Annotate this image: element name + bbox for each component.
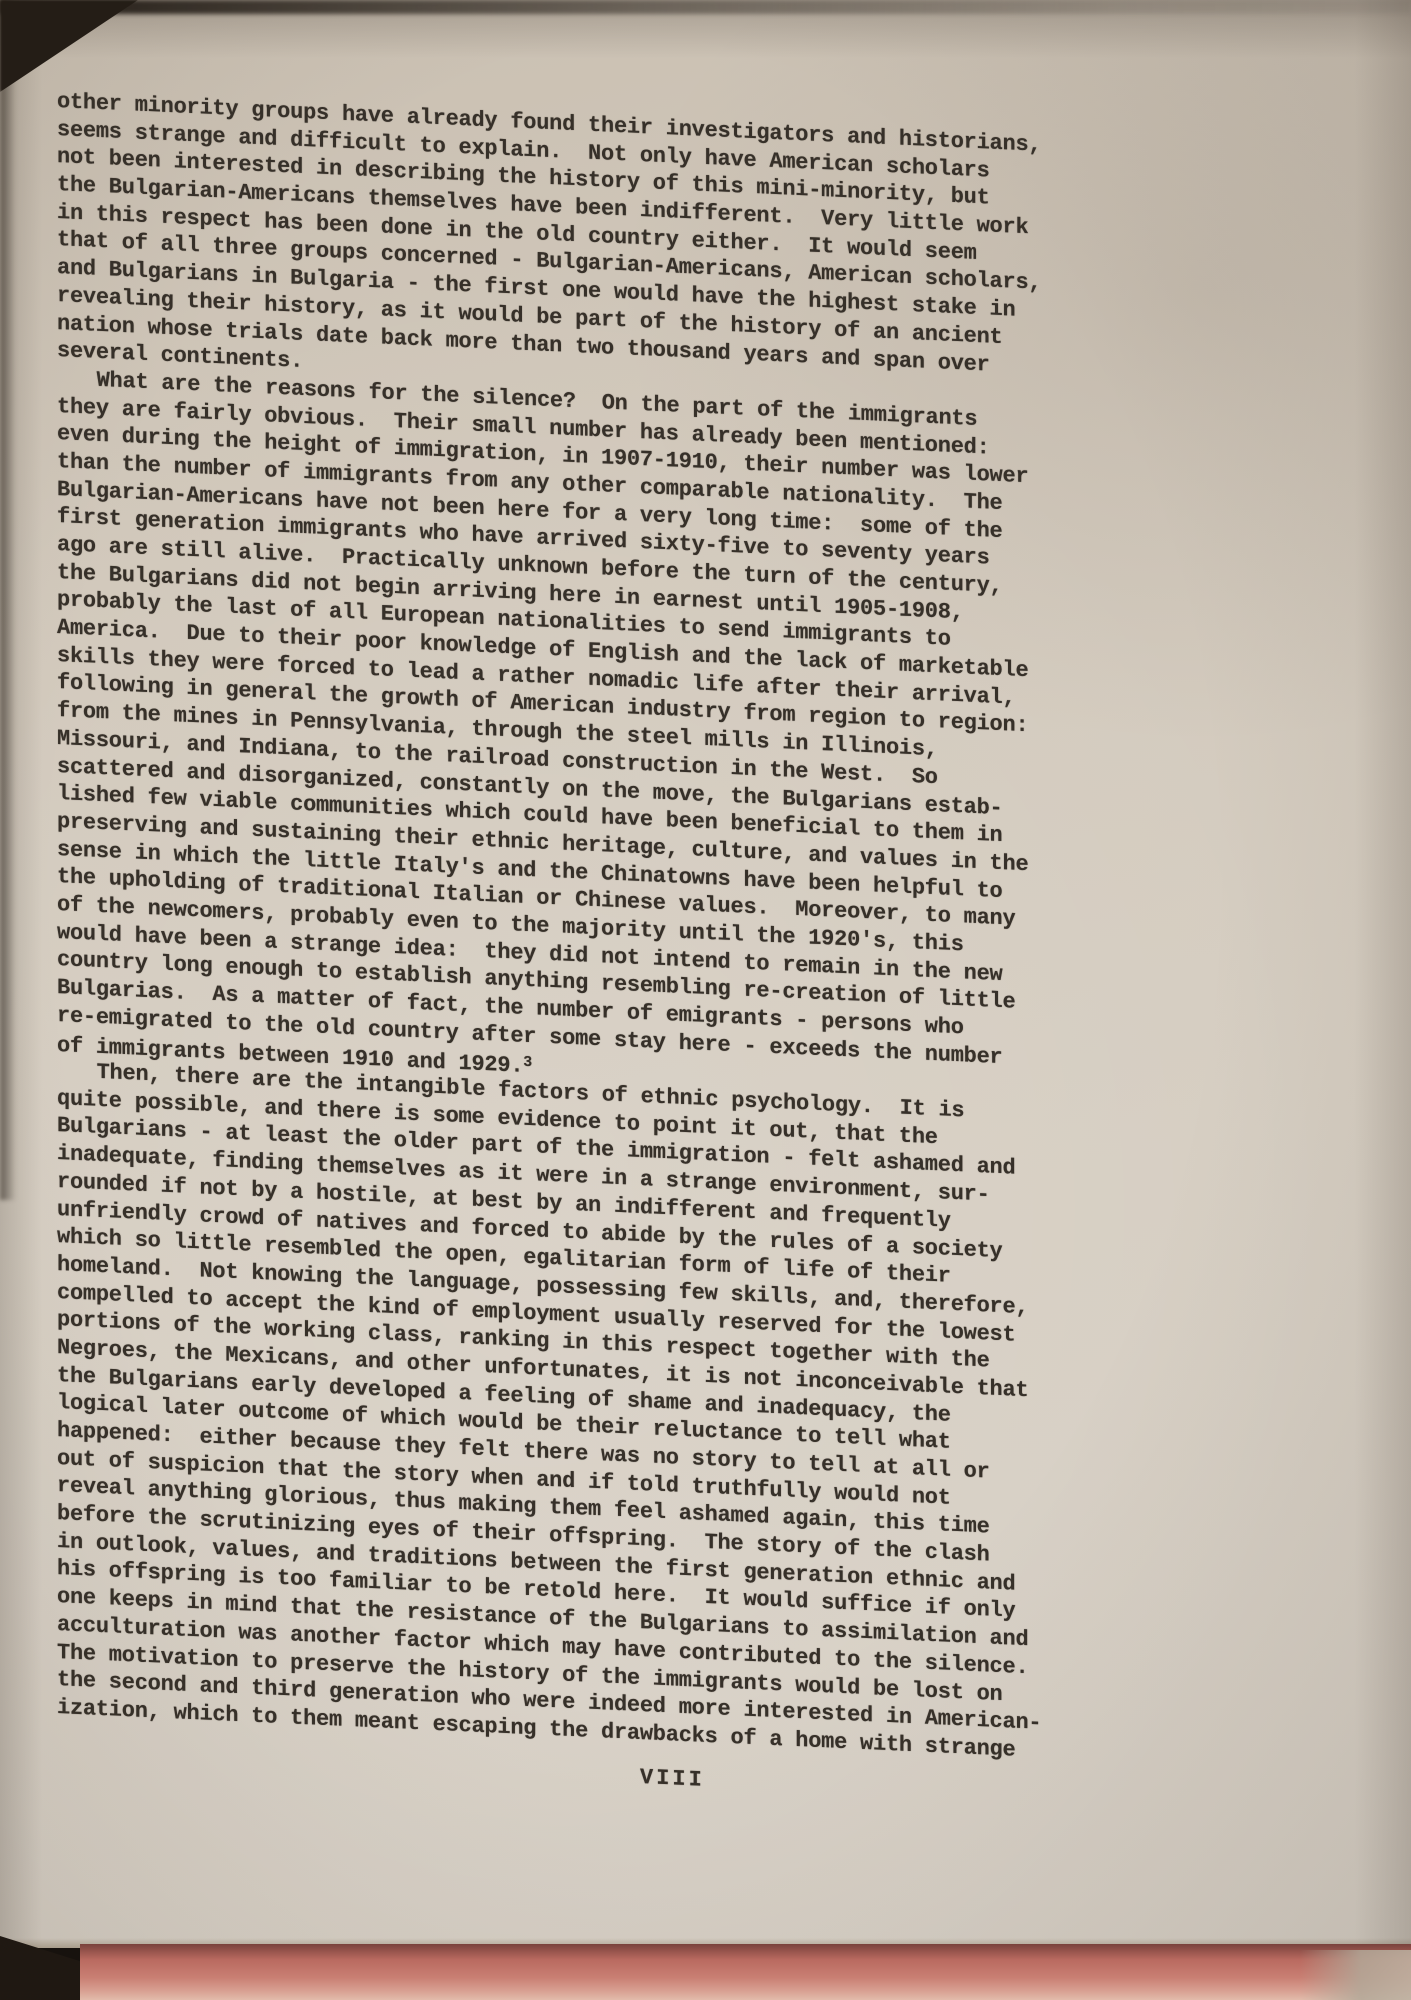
scanned-book-page: other minority groups have already found… (0, 0, 1411, 2000)
page-number: VIII (640, 1764, 1087, 1812)
text-lines: other minority groups have already found… (57, 88, 1087, 1767)
book-cover-strip (80, 1944, 1411, 2000)
photo-left-edge-shadow (0, 0, 16, 1200)
page-paper: other minority groups have already found… (0, 0, 1411, 1948)
bottom-right-surface (1300, 1950, 1411, 2000)
page-text: other minority groups have already found… (57, 88, 1087, 1811)
photo-top-edge-shadow (0, 0, 1411, 14)
